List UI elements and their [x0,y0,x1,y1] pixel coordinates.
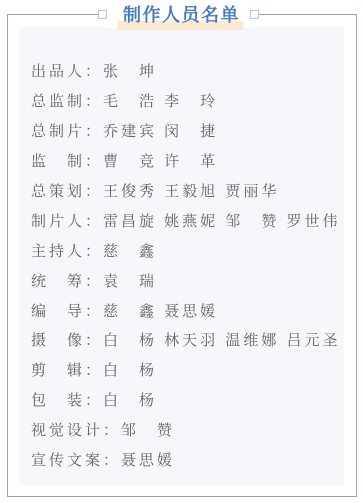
title-square-right-icon [250,10,259,19]
credit-row: 总监制：毛 浩 李 玲 [31,86,341,116]
credit-row: 视觉设计：邹 赞 [31,415,341,445]
credit-row: 主持人：慈 鑫 [31,235,341,265]
credit-row: 宣传文案：聂思媛 [31,445,341,475]
credit-row: 总制片：乔建宾 闵 捷 [31,116,341,146]
credit-row: 统 筹：袁 瑞 [31,265,341,295]
credit-row: 编 导：慈 鑫 聂思媛 [31,295,341,325]
credit-row: 剪 辑：白 杨 [31,355,341,385]
credits-card: 制作人员名单 出品人：张 坤 总监制：毛 浩 李 玲 总制片：乔建宾 闵 捷 监… [0,0,363,503]
page-title: 制作人员名单 [0,3,363,27]
credit-row: 摄 像：白 杨 林天羽 温维娜 吕元圣 [31,325,341,355]
credit-row: 出品人：张 坤 [31,56,341,86]
title-square-left-icon [98,10,107,19]
credits-list: 出品人：张 坤 总监制：毛 浩 李 玲 总制片：乔建宾 闵 捷 监 制：曹 竞 … [31,56,341,474]
credit-row: 制片人：雷昌旋 姚燕妮 邹 赞 罗世伟 [31,205,341,235]
credit-row: 包 装：白 杨 [31,385,341,415]
credit-row: 监 制：曹 竞 许 革 [31,146,341,176]
credit-row: 总策划：王俊秀 王毅旭 贾丽华 [31,176,341,206]
